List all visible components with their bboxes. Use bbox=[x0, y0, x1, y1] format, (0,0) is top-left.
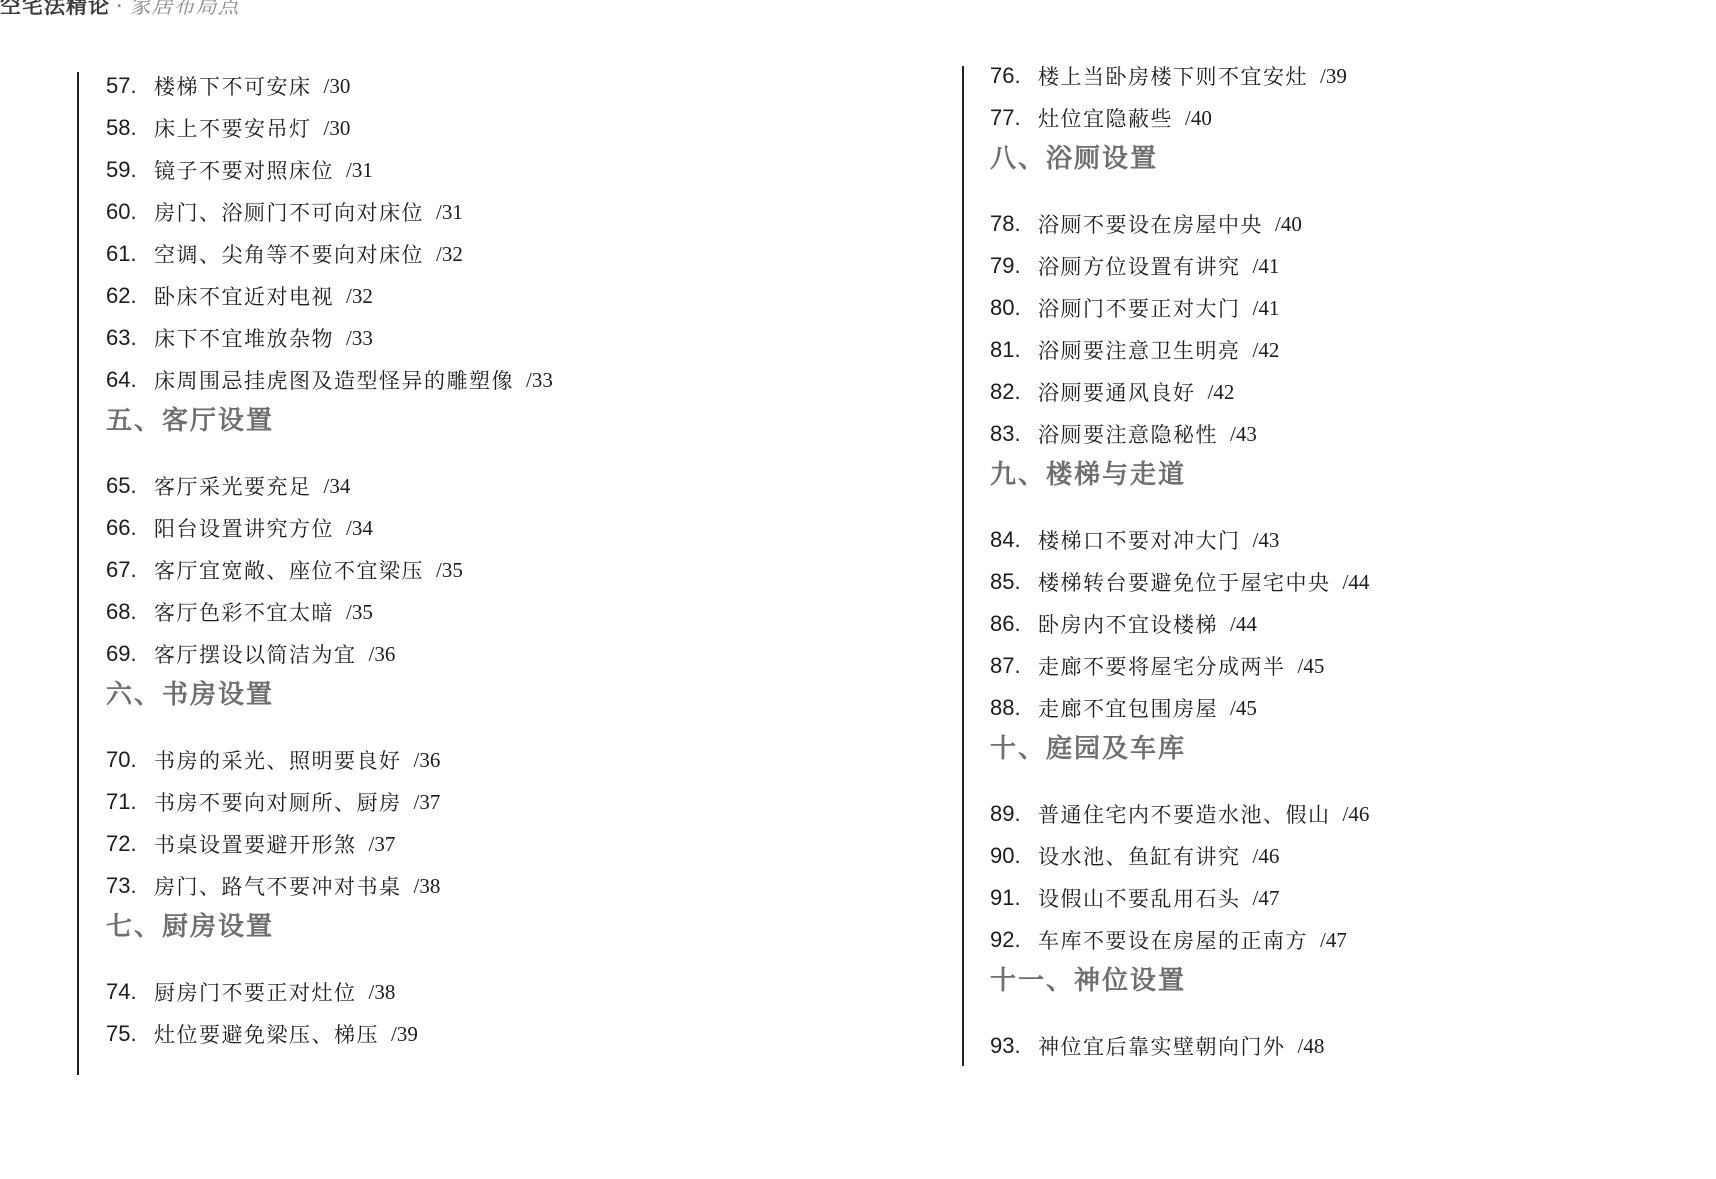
entry-page-number: /46 bbox=[1253, 844, 1280, 869]
entry-page-number: /32 bbox=[346, 284, 373, 309]
toc-section-heading: 七、厨房设置 bbox=[106, 907, 553, 971]
entry-title: 房门、浴厕门不可向对床位 bbox=[154, 197, 424, 227]
toc-entry[interactable]: 62.卧床不宜近对电视/32 bbox=[106, 275, 553, 317]
entry-title: 床下不宜堆放杂物 bbox=[154, 323, 334, 353]
entry-page-number: /35 bbox=[436, 558, 463, 583]
toc-section-heading: 八、浴厕设置 bbox=[990, 139, 1369, 203]
entry-title: 浴厕不要设在房屋中央 bbox=[1038, 209, 1263, 239]
entry-page-number: /48 bbox=[1298, 1034, 1325, 1059]
entry-title: 浴厕方位设置有讲究 bbox=[1038, 251, 1241, 281]
entry-number: 65. bbox=[106, 473, 154, 499]
entry-number: 71. bbox=[106, 789, 154, 815]
section-title: 七、厨房设置 bbox=[106, 907, 274, 947]
entry-number: 88. bbox=[990, 695, 1038, 721]
entry-title: 空调、尖角等不要向对床位 bbox=[154, 239, 424, 269]
entry-number: 59. bbox=[106, 157, 154, 183]
section-title: 六、书房设置 bbox=[106, 675, 274, 715]
toc-entry[interactable]: 84.楼梯口不要对冲大门/43 bbox=[990, 519, 1369, 561]
toc-entry[interactable]: 74.厨房门不要正对灶位/38 bbox=[106, 971, 553, 1013]
toc-entry[interactable]: 91.设假山不要乱用石头/47 bbox=[990, 877, 1369, 919]
toc-entry[interactable]: 57.楼梯下不可安床/30 bbox=[106, 65, 553, 107]
entry-number: 70. bbox=[106, 747, 154, 773]
entry-number: 87. bbox=[990, 653, 1038, 679]
toc-entry[interactable]: 85.楼梯转台要避免位于屋宅中央/44 bbox=[990, 561, 1369, 603]
section-title: 五、客厅设置 bbox=[106, 401, 274, 441]
entry-page-number: /40 bbox=[1275, 212, 1302, 237]
entry-number: 75. bbox=[106, 1021, 154, 1047]
entry-number: 64. bbox=[106, 367, 154, 393]
toc-entry[interactable]: 70.书房的采光、照明要良好/36 bbox=[106, 739, 553, 781]
toc-section-heading: 六、书房设置 bbox=[106, 675, 553, 739]
toc-entry[interactable]: 81.浴厕要注意卫生明亮/42 bbox=[990, 329, 1369, 371]
entry-number: 86. bbox=[990, 611, 1038, 637]
entry-page-number: /33 bbox=[346, 326, 373, 351]
toc-entry[interactable]: 58.床上不要安吊灯/30 bbox=[106, 107, 553, 149]
entry-title: 楼梯下不可安床 bbox=[154, 71, 312, 101]
toc-entry[interactable]: 73.房门、路气不要冲对书桌/38 bbox=[106, 865, 553, 907]
entry-number: 67. bbox=[106, 557, 154, 583]
entry-page-number: /35 bbox=[346, 600, 373, 625]
section-title: 九、楼梯与走道 bbox=[990, 455, 1186, 495]
entry-page-number: /41 bbox=[1253, 254, 1280, 279]
section-title: 十、庭园及车库 bbox=[990, 729, 1186, 769]
toc-entry[interactable]: 64.床周围忌挂虎图及造型怪异的雕塑像/33 bbox=[106, 359, 553, 401]
entry-title: 浴厕要通风良好 bbox=[1038, 377, 1196, 407]
entry-number: 85. bbox=[990, 569, 1038, 595]
toc-entry[interactable]: 75.灶位要避免梁压、梯压/39 bbox=[106, 1013, 553, 1055]
entry-title: 书桌设置要避开形煞 bbox=[154, 829, 357, 859]
entry-title: 浴厕要注意隐秘性 bbox=[1038, 419, 1218, 449]
toc-section-heading: 九、楼梯与走道 bbox=[990, 455, 1369, 519]
entry-title: 走廊不要将屋宅分成两半 bbox=[1038, 651, 1286, 681]
entry-number: 91. bbox=[990, 885, 1038, 911]
entry-title: 厨房门不要正对灶位 bbox=[154, 977, 357, 1007]
toc-entry[interactable]: 80.浴厕门不要正对大门/41 bbox=[990, 287, 1369, 329]
entry-number: 73. bbox=[106, 873, 154, 899]
entry-number: 89. bbox=[990, 801, 1038, 827]
entry-page-number: /32 bbox=[436, 242, 463, 267]
toc-entry[interactable]: 83.浴厕要注意隐秘性/43 bbox=[990, 413, 1369, 455]
entry-page-number: /40 bbox=[1185, 106, 1212, 131]
toc-entry[interactable]: 90.设水池、鱼缸有讲究/46 bbox=[990, 835, 1369, 877]
entry-number: 81. bbox=[990, 337, 1038, 363]
toc-entry[interactable]: 71.书房不要向对厕所、厨房/37 bbox=[106, 781, 553, 823]
toc-section-heading: 十一、神位设置 bbox=[990, 961, 1369, 1025]
toc-entry[interactable]: 87.走廊不要将屋宅分成两半/45 bbox=[990, 645, 1369, 687]
toc-entry[interactable]: 61.空调、尖角等不要向对床位/32 bbox=[106, 233, 553, 275]
toc-entry[interactable]: 78.浴厕不要设在房屋中央/40 bbox=[990, 203, 1369, 245]
entry-title: 楼上当卧房楼下则不宜安灶 bbox=[1038, 61, 1308, 91]
entry-title: 楼梯转台要避免位于屋宅中央 bbox=[1038, 567, 1331, 597]
toc-entry[interactable]: 92.车库不要设在房屋的正南方/47 bbox=[990, 919, 1369, 961]
toc-section-heading: 十、庭园及车库 bbox=[990, 729, 1369, 793]
toc-entry[interactable]: 76.楼上当卧房楼下则不宜安灶/39 bbox=[990, 55, 1369, 97]
entry-page-number: /36 bbox=[414, 748, 441, 773]
entry-title: 镜子不要对照床位 bbox=[154, 155, 334, 185]
entry-page-number: /42 bbox=[1208, 380, 1235, 405]
toc-entry[interactable]: 66.阳台设置讲究方位/34 bbox=[106, 507, 553, 549]
entry-page-number: /39 bbox=[391, 1022, 418, 1047]
toc-entry[interactable]: 65.客厅采光要充足/34 bbox=[106, 465, 553, 507]
entry-title: 普通住宅内不要造水池、假山 bbox=[1038, 799, 1331, 829]
entry-title: 走廊不宜包围房屋 bbox=[1038, 693, 1218, 723]
toc-entry[interactable]: 69.客厅摆设以简洁为宜/36 bbox=[106, 633, 553, 675]
toc-entry[interactable]: 93.神位宜后靠实壁朝向门外/48 bbox=[990, 1025, 1369, 1067]
entry-page-number: /43 bbox=[1230, 422, 1257, 447]
entry-page-number: /43 bbox=[1253, 528, 1280, 553]
entry-title: 卧床不宜近对电视 bbox=[154, 281, 334, 311]
right-margin-rule bbox=[962, 66, 964, 1066]
entry-number: 60. bbox=[106, 199, 154, 225]
entry-number: 82. bbox=[990, 379, 1038, 405]
entry-title: 阳台设置讲究方位 bbox=[154, 513, 334, 543]
toc-entry[interactable]: 68.客厅色彩不宜太暗/35 bbox=[106, 591, 553, 633]
toc-list-right: 76.楼上当卧房楼下则不宜安灶/3977.灶位宜隐蔽些/40八、浴厕设置78.浴… bbox=[990, 55, 1369, 1067]
toc-list-left: 57.楼梯下不可安床/3058.床上不要安吊灯/3059.镜子不要对照床位/31… bbox=[106, 65, 553, 1055]
entry-number: 79. bbox=[990, 253, 1038, 279]
entry-page-number: /45 bbox=[1298, 654, 1325, 679]
entry-number: 62. bbox=[106, 283, 154, 309]
entry-title: 神位宜后靠实壁朝向门外 bbox=[1038, 1031, 1286, 1061]
entry-number: 84. bbox=[990, 527, 1038, 553]
left-margin-rule bbox=[77, 72, 79, 1075]
toc-entry[interactable]: 77.灶位宜隐蔽些/40 bbox=[990, 97, 1369, 139]
entry-page-number: /47 bbox=[1253, 886, 1280, 911]
entry-title: 灶位要避免梁压、梯压 bbox=[154, 1019, 379, 1049]
entry-page-number: /34 bbox=[346, 516, 373, 541]
entry-number: 57. bbox=[106, 73, 154, 99]
toc-entry[interactable]: 86.卧房内不宜设楼梯/44 bbox=[990, 603, 1369, 645]
toc-entry[interactable]: 72.书桌设置要避开形煞/37 bbox=[106, 823, 553, 865]
section-title: 十一、神位设置 bbox=[990, 961, 1186, 1001]
toc-entry[interactable]: 63.床下不宜堆放杂物/33 bbox=[106, 317, 553, 359]
toc-entry[interactable]: 82.浴厕要通风良好/42 bbox=[990, 371, 1369, 413]
entry-page-number: /38 bbox=[414, 874, 441, 899]
entry-page-number: /31 bbox=[436, 200, 463, 225]
entry-page-number: /44 bbox=[1230, 612, 1257, 637]
entry-page-number: /38 bbox=[369, 980, 396, 1005]
entry-number: 93. bbox=[990, 1033, 1038, 1059]
entry-number: 90. bbox=[990, 843, 1038, 869]
entry-title: 楼梯口不要对冲大门 bbox=[1038, 525, 1241, 555]
entry-page-number: /45 bbox=[1230, 696, 1257, 721]
entry-page-number: /41 bbox=[1253, 296, 1280, 321]
entry-page-number: /37 bbox=[414, 790, 441, 815]
entry-title: 客厅采光要充足 bbox=[154, 471, 312, 501]
toc-entry[interactable]: 59.镜子不要对照床位/31 bbox=[106, 149, 553, 191]
entry-number: 83. bbox=[990, 421, 1038, 447]
entry-title: 设假山不要乱用石头 bbox=[1038, 883, 1241, 913]
entry-number: 68. bbox=[106, 599, 154, 625]
left-page: 57.楼梯下不可安床/3058.床上不要安吊灯/3059.镜子不要对照床位/31… bbox=[0, 0, 858, 1179]
entry-title: 车库不要设在房屋的正南方 bbox=[1038, 925, 1308, 955]
entry-page-number: /46 bbox=[1343, 802, 1370, 827]
toc-section-heading: 五、客厅设置 bbox=[106, 401, 553, 465]
entry-title: 客厅摆设以简洁为宜 bbox=[154, 639, 357, 669]
entry-title: 床周围忌挂虎图及造型怪异的雕塑像 bbox=[154, 365, 514, 395]
section-title: 八、浴厕设置 bbox=[990, 139, 1158, 179]
entry-number: 92. bbox=[990, 927, 1038, 953]
entry-number: 80. bbox=[990, 295, 1038, 321]
entry-number: 66. bbox=[106, 515, 154, 541]
entry-title: 卧房内不宜设楼梯 bbox=[1038, 609, 1218, 639]
entry-number: 78. bbox=[990, 211, 1038, 237]
entry-page-number: /30 bbox=[324, 116, 351, 141]
entry-title: 设水池、鱼缸有讲究 bbox=[1038, 841, 1241, 871]
entry-page-number: /30 bbox=[324, 74, 351, 99]
entry-title: 浴厕门不要正对大门 bbox=[1038, 293, 1241, 323]
entry-page-number: /39 bbox=[1320, 64, 1347, 89]
entry-page-number: /47 bbox=[1320, 928, 1347, 953]
entry-number: 58. bbox=[106, 115, 154, 141]
entry-page-number: /31 bbox=[346, 158, 373, 183]
entry-number: 61. bbox=[106, 241, 154, 267]
toc-entry[interactable]: 89.普通住宅内不要造水池、假山/46 bbox=[990, 793, 1369, 835]
entry-title: 书房不要向对厕所、厨房 bbox=[154, 787, 402, 817]
entry-title: 客厅色彩不宜太暗 bbox=[154, 597, 334, 627]
entry-page-number: /33 bbox=[526, 368, 553, 393]
entry-page-number: /34 bbox=[324, 474, 351, 499]
toc-entry[interactable]: 79.浴厕方位设置有讲究/41 bbox=[990, 245, 1369, 287]
entry-page-number: /42 bbox=[1253, 338, 1280, 363]
entry-number: 77. bbox=[990, 105, 1038, 131]
toc-entry[interactable]: 67.客厅宜宽敞、座位不宜梁压/35 bbox=[106, 549, 553, 591]
entry-title: 浴厕要注意卫生明亮 bbox=[1038, 335, 1241, 365]
entry-title: 房门、路气不要冲对书桌 bbox=[154, 871, 402, 901]
toc-entry[interactable]: 88.走廊不宜包围房屋/45 bbox=[990, 687, 1369, 729]
entry-page-number: /37 bbox=[369, 832, 396, 857]
entry-number: 72. bbox=[106, 831, 154, 857]
entry-title: 客厅宜宽敞、座位不宜梁压 bbox=[154, 555, 424, 585]
entry-title: 床上不要安吊灯 bbox=[154, 113, 312, 143]
entry-title: 灶位宜隐蔽些 bbox=[1038, 103, 1173, 133]
entry-number: 74. bbox=[106, 979, 154, 1005]
entry-title: 书房的采光、照明要良好 bbox=[154, 745, 402, 775]
right-page: 76.楼上当卧房楼下则不宜安灶/3977.灶位宜隐蔽些/40八、浴厕设置78.浴… bbox=[858, 0, 1716, 1179]
entry-number: 69. bbox=[106, 641, 154, 667]
entry-number: 63. bbox=[106, 325, 154, 351]
toc-entry[interactable]: 60.房门、浴厕门不可向对床位/31 bbox=[106, 191, 553, 233]
entry-number: 76. bbox=[990, 63, 1038, 89]
entry-page-number: /44 bbox=[1343, 570, 1370, 595]
entry-page-number: /36 bbox=[369, 642, 396, 667]
